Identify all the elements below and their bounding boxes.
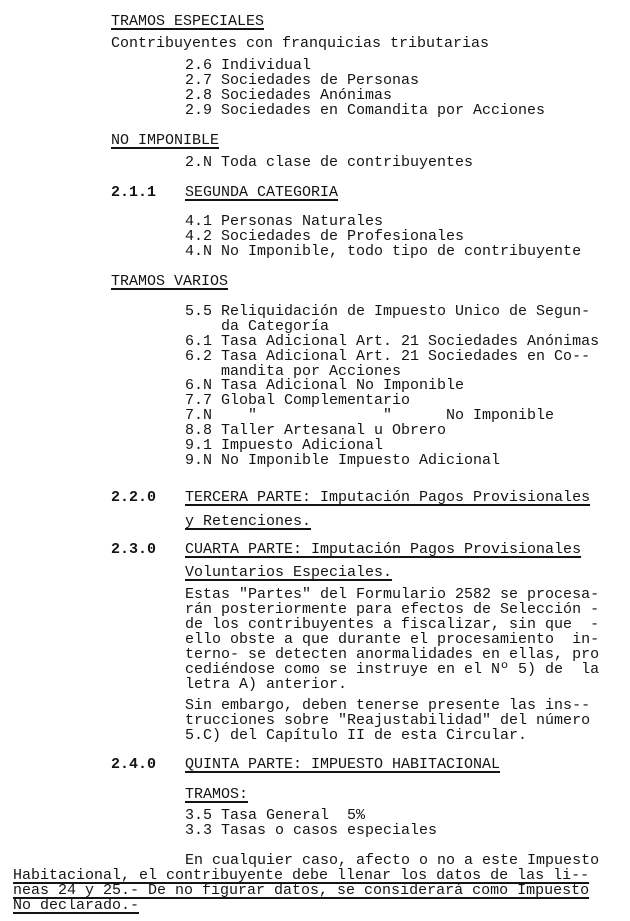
subheading-franquicias: Contribuyentes con franquicias tributari… [111, 36, 489, 51]
heading-segunda-categoria: SEGUNDA CATEGORIA [185, 185, 338, 200]
list-item: 2.6 Individual [185, 58, 311, 73]
list-item: 7.7 Global Complementario [185, 393, 410, 408]
list-item: 7.N " " No Imponible [185, 408, 554, 423]
paragraph-line: terno- se detecten anormalidades en ella… [185, 647, 599, 662]
list-item: 6.N Tasa Adicional No Imponible [185, 378, 464, 393]
paragraph-line: rán posteriormente para efectos de Selec… [185, 602, 599, 617]
closing-paragraph-line: neas 24 y 25.- De no figurar datos, se c… [13, 883, 589, 898]
heading-tramos-varios: TRAMOS VARIOS [111, 274, 228, 289]
list-item: 6.2 Tasa Adicional Art. 21 Sociedades en… [185, 349, 590, 364]
heading-tercera-parte: TERCERA PARTE: Imputación Pagos Provisio… [185, 490, 590, 505]
list-item: 2.9 Sociedades en Comandita por Acciones [185, 103, 545, 118]
paragraph-line: 5.C) del Capítulo II de esta Circular. [185, 728, 527, 743]
closing-paragraph-line: Habitacional, el contribuyente debe llen… [13, 868, 589, 883]
heading-cuarta-parte: CUARTA PARTE: Imputación Pagos Provision… [185, 542, 581, 557]
list-item: da Categoría [185, 319, 329, 334]
list-item: 5.5 Reliquidación de Impuesto Unico de S… [185, 304, 590, 319]
list-item: 2.8 Sociedades Anónimas [185, 88, 392, 103]
section-number: 2.1.1 [111, 185, 156, 200]
heading-tercera-parte-cont: y Retenciones. [185, 514, 311, 529]
list-item: 3.5 Tasa General 5% [185, 808, 365, 823]
list-item: 4.1 Personas Naturales [185, 214, 383, 229]
closing-paragraph-line: No declarado.- [13, 898, 139, 913]
list-item: 9.N No Imponible Impuesto Adicional [185, 453, 500, 468]
list-item: 8.8 Taller Artesanal u Obrero [185, 423, 446, 438]
paragraph-line: de los contribuyentes a fiscalizar, sin … [185, 617, 599, 632]
list-item: 6.1 Tasa Adicional Art. 21 Sociedades An… [185, 334, 599, 349]
list-item: 2.7 Sociedades de Personas [185, 73, 419, 88]
heading-tramos-especiales: TRAMOS ESPECIALES [111, 14, 264, 29]
paragraph-line: letra A) anterior. [185, 677, 347, 692]
list-item: 2.N Toda clase de contribuyentes [185, 155, 473, 170]
paragraph-line: cediéndose como se instruye en el Nº 5) … [185, 662, 599, 677]
list-item: 4.N No Imponible, todo tipo de contribuy… [185, 244, 581, 259]
paragraph-line: trucciones sobre "Reajustabilidad" del n… [185, 713, 590, 728]
heading-no-imponible: NO IMPONIBLE [111, 133, 219, 148]
tramos-label: TRAMOS: [185, 787, 248, 802]
paragraph-line: ello obste a que durante el procesamient… [185, 632, 599, 647]
section-number: 2.4.0 [111, 757, 156, 772]
heading-cuarta-parte-cont: Voluntarios Especiales. [185, 565, 392, 580]
closing-paragraph-first-line: En cualquier caso, afecto o no a este Im… [185, 853, 599, 868]
list-item: 9.1 Impuesto Adicional [185, 438, 383, 453]
list-item: 3.3 Tasas o casos especiales [185, 823, 437, 838]
paragraph-line: Sin embargo, deben tenerse presente las … [185, 698, 590, 713]
section-number: 2.3.0 [111, 542, 156, 557]
paragraph-line: Estas "Partes" del Formulario 2582 se pr… [185, 587, 599, 602]
list-item: 4.2 Sociedades de Profesionales [185, 229, 464, 244]
section-number: 2.2.0 [111, 490, 156, 505]
heading-quinta-parte: QUINTA PARTE: IMPUESTO HABITACIONAL [185, 757, 500, 772]
